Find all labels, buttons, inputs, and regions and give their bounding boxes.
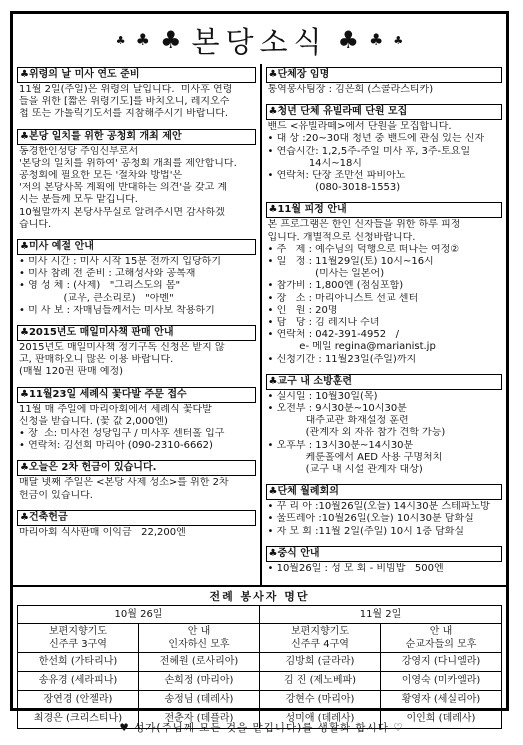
section-body: 11월 매 주일에 마리아회에서 세례식 꽃다발신청을 받습니다. (꽃 값 2… (17, 403, 256, 453)
roster-group-row: 10월 26일 11월 2일 (18, 606, 502, 624)
text-line: • 인 원 : 20명 (268, 305, 503, 317)
text-line: • 실시일 : 10월30일(목) (268, 391, 503, 403)
text-line: • 대 상 :20~30대 청년 중 밴드에 관심 있는 신자 (268, 133, 503, 145)
text-line: • 담 당 : 김 레지나 수녀 (268, 317, 503, 329)
text-line: 10월말까지 본당사무실로 알려주시면 감사하겠 (19, 207, 256, 219)
text-line: • 참가비 : 1,800엔 (점심포함) (268, 280, 503, 292)
text-line: • 10월26일 : 성 모 회 - 비빔밥 500엔 (268, 563, 503, 575)
section-header: ♣단체 월례회의 (266, 484, 503, 500)
roster-subhead-row: 보편지향기도신주쿠 3구역안 내인자하신 모후보편지향기도신주쿠 4구역안 내순… (18, 624, 502, 653)
text-line: 시는 분들께 모두 맡깁니다. (19, 194, 256, 206)
roster-name-cell: 황영자 (세실리아) (381, 691, 502, 710)
news-section: ♣단체 월례회의• 꾸 리 아 :10월26일(오늘) 14시30분 스테파노방… (266, 484, 503, 538)
text-line: 2015년도 매일미사책 정기구독 신청은 받지 않 (19, 342, 256, 354)
text-line: (교우, 큰소리로) "아멘" (19, 293, 256, 305)
news-section: ♣중식 안내• 10월26일 : 성 모 회 - 비빔밥 500엔 (266, 546, 503, 575)
news-section: ♣청년 단체 유빌라떼 단원 모집밴드 <유빌라떼>에서 단원을 모집합니다.•… (266, 104, 503, 194)
text-line: (매월 120권 판매 예정) (19, 366, 256, 378)
roster-subheader-line: 신주쿠 4구역 (260, 638, 380, 651)
club-icon: ♣ (116, 35, 126, 46)
roster-subheader-line: 신주쿠 3구역 (18, 638, 138, 651)
roster-subheader: 보편지향기도신주쿠 3구역 (18, 624, 139, 653)
section-header: ♣11월 피정 안내 (266, 202, 503, 218)
roster-area: 전례 봉사자 명단 10월 26일 11월 2일 보편지향기도신주쿠 3구역안 … (13, 585, 506, 733)
text-line: 본 프로그램은 한인 신자들을 위한 하루 피정 (268, 219, 503, 231)
roster-subheader-line: 보편지향기도 (260, 625, 380, 638)
news-section: ♣본당 일치를 위한 공청회 개최 제안동경한인성당 주임신부로서'본당의 일치… (17, 129, 256, 231)
news-section: ♣11월 피정 안내본 프로그램은 한인 신자들을 위한 하루 피정입니다. 개… (266, 202, 503, 365)
roster-name-cell: 장연경 (안젤라) (18, 691, 139, 710)
roster-name-cell: 이영숙 (미카엘라) (381, 672, 502, 691)
text-line: 대주교관 화재설정 훈련 (268, 415, 503, 427)
roster-name-cell: 김 진 (제노베파) (260, 672, 381, 691)
text-line: 습니다. (19, 219, 256, 231)
section-body: 2015년도 매일미사책 정기구독 신청은 받지 않고, 판매하오니 많은 이용… (17, 341, 256, 379)
text-line: e- 메일 regina@marianist.jp (268, 341, 503, 353)
section-body: 11월 2일(주일)은 위령의 날입니다. 미사후 연령들을 위한 [짧은 위령… (17, 83, 256, 121)
section-body: • 10월26일 : 성 모 회 - 비빔밥 500엔 (266, 562, 503, 575)
page-title: 본당소식 (191, 20, 327, 61)
news-section: ♣11월23일 세례식 꽃다발 주문 접수11월 매 주일에 마리아회에서 세례… (17, 387, 256, 453)
text-line: 11월 2일(주일)은 위령의 날입니다. 미사후 연령 (19, 84, 256, 96)
text-line: 공청회에 필요한 모든 '절차와 방법'은 (19, 170, 256, 182)
club-icon: ♣ (393, 35, 403, 46)
section-body: 동경한인성당 주임신부로서'본당의 일치를 위하여' 공청회 개최를 제안합니다… (17, 145, 256, 231)
text-line: 통역봉사팀장 : 김은희 (스콜라스티카) (268, 84, 503, 96)
section-body: 밴드 <유빌라떼>에서 단원을 모집합니다.• 대 상 :20~30대 청년 중… (266, 120, 503, 194)
text-line: • 연락처: 김선희 마리아 (090-2310-6662) (19, 440, 256, 452)
text-line: • 울뜨레아 :10월26일(오늘) 10시30분 담화실 (268, 513, 503, 525)
left-column: ♣위령의 날 미사 연도 준비11월 2일(주일)은 위령의 날입니다. 미사후… (13, 64, 260, 585)
club-icon: ♣ (369, 32, 383, 48)
text-line: 11월 매 주일에 마리아회에서 세례식 꽃다발 (19, 404, 256, 416)
text-line: 들을 위한 [짧은 위령기도]를 바치오니, 레지오수 (19, 96, 256, 108)
roster-name-cell: 손희정 (마리아) (139, 672, 260, 691)
text-line: 신청을 받습니다. (꽃 값 2,000엔) (19, 416, 256, 428)
section-header: ♣위령의 날 미사 연도 준비 (17, 67, 256, 83)
text-line: • 연락처: 단장 조만선 파비아노 (268, 170, 503, 182)
table-row: 한선희 (가타리나)전혜원 (로사리아)김방희 (글라라)강영지 (다니엘라) (18, 653, 502, 672)
roster-subheader-line: 인자하신 모후 (139, 638, 259, 651)
text-line: • 연습시간: 1,2,5주-주일 미사 후, 3주-토요일 (268, 146, 503, 158)
text-line: 헌금이 있습니다. (19, 490, 256, 502)
news-section: ♣2015년도 매일미사책 판매 안내2015년도 매일미사책 정기구독 신청은… (17, 325, 256, 379)
section-header: ♣오늘은 2차 헌금이 있습니다. (17, 460, 256, 476)
news-section: ♣위령의 날 미사 연도 준비11월 2일(주일)은 위령의 날입니다. 미사후… (17, 67, 256, 121)
news-section: ♣건축헌금마리아회 식사판매 이익금 22,200엔 (17, 510, 256, 539)
club-icon: ♣ (160, 28, 182, 52)
text-line: (교구 내 시설 관계자 대상) (268, 464, 503, 476)
section-header: ♣미사 예절 안내 (17, 239, 256, 255)
section-header: ♣2015년도 매일미사책 판매 안내 (17, 325, 256, 341)
roster-group-date: 11월 2일 (260, 606, 502, 624)
text-line: 첩 또는 가톨릭기도서를 지참해주시기 바랍니다. (19, 108, 256, 120)
news-section: ♣미사 예절 안내• 미사 시간 : 미사 시작 15분 전까지 입당하기• 미… (17, 239, 256, 317)
roster-name-cell: 전혜원 (로사리아) (139, 653, 260, 672)
section-body: • 꾸 리 아 :10월26일(오늘) 14시30분 스테파노방• 울뜨레아 :… (266, 500, 503, 538)
text-line: • 영 성 체 : (사제) "그리스도의 몸" (19, 280, 256, 292)
roster-title: 전례 봉사자 명단 (17, 589, 502, 605)
text-line: • 주 제 : 예수님의 덕행으로 떠나는 여정② (268, 244, 503, 256)
roster-subheader: 안 내순교자들의 모후 (381, 624, 502, 653)
section-body: 통역봉사팀장 : 김은희 (스콜라스티카) (266, 83, 503, 96)
news-columns: ♣위령의 날 미사 연도 준비11월 2일(주일)은 위령의 날입니다. 미사후… (13, 64, 506, 585)
text-line: 매달 넷째 주일은 <본당 사제 성소>를 위한 2차 (19, 477, 256, 489)
section-header: ♣11월23일 세례식 꽃다발 주문 접수 (17, 387, 256, 403)
roster-subheader: 보편지향기도신주쿠 4구역 (260, 624, 381, 653)
section-body: 마리아회 식사판매 이익금 22,200엔 (17, 526, 256, 539)
roster-group-date: 10월 26일 (18, 606, 260, 624)
roster-table: 10월 26일 11월 2일 보편지향기도신주쿠 3구역안 내인자하신 모후보편… (17, 605, 502, 729)
text-line: • 꾸 리 아 :10월26일(오늘) 14시30분 스테파노방 (268, 501, 503, 513)
section-body: • 실시일 : 10월30일(목)• 오전부 : 9시30분~10시30분 대주… (266, 390, 503, 476)
text-line: • 미사 참례 전 준비 : 고해성사와 공복재 (19, 268, 256, 280)
page-title-row: ♣ ♣ ♣ 본당소식 ♣ ♣ ♣ (13, 16, 506, 64)
roster-subheader-line: 안 내 (381, 625, 501, 638)
text-line: 밴드 <유빌라떼>에서 단원을 모집합니다. (268, 121, 503, 133)
table-row: 장연경 (안젤라)송정님 (데레사)강현수 (마리아)황영자 (세실리아) (18, 691, 502, 710)
roster-name-cell: 김방희 (글라라) (260, 653, 381, 672)
text-line: (080-3018-1553) (268, 182, 503, 194)
page-border: ♣ ♣ ♣ 본당소식 ♣ ♣ ♣ ♣위령의 날 미사 연도 준비11월 2일(주… (10, 11, 509, 711)
section-body: 본 프로그램은 한인 신자들을 위한 하루 피정입니다. 개별적으로 신청바랍니… (266, 218, 503, 365)
text-line: '저의 본당사목 계획에 반대하는 의견'을 갖고 계 (19, 182, 256, 194)
text-line: 동경한인성당 주임신부로서 (19, 146, 256, 158)
text-line: • 연락처 : 042-391-4952 / (268, 329, 503, 341)
text-line: 마리아회 식사판매 이익금 22,200엔 (19, 527, 256, 539)
text-line: 입니다. 개별적으로 신청바랍니다. (268, 232, 503, 244)
section-body: 매달 넷째 주일은 <본당 사제 성소>를 위한 2차헌금이 있습니다. (17, 476, 256, 501)
section-header: ♣교구 내 소방훈련 (266, 374, 503, 390)
text-line: (관계자 외 자유 참가 견학 가능) (268, 427, 503, 439)
text-line: • 오후부 : 13시30분~14시30분 (268, 440, 503, 452)
roster-name-cell: 송정님 (데레사) (139, 691, 260, 710)
section-header: ♣청년 단체 유빌라떼 단원 모집 (266, 104, 503, 120)
text-line: • 장 소 : 마리아니스트 선교 센터 (268, 293, 503, 305)
text-line: • 오전부 : 9시30분~10시30분 (268, 403, 503, 415)
text-line: • 미사 시간 : 미사 시작 15분 전까지 입당하기 (19, 256, 256, 268)
footer-motto: ♥ 성가(주님께 모든 것을 맡깁니다)를 생활화 합시다 ♡ (0, 720, 523, 735)
text-line: • 장 소: 미사전 성당입구 / 미사후 센터홀 입구 (19, 428, 256, 440)
right-column: ♣단체장 임명통역봉사팀장 : 김은희 (스콜라스티카)♣청년 단체 유빌라떼 … (260, 64, 507, 585)
roster-name-cell: 한선희 (가타리나) (18, 653, 139, 672)
text-line: • 신청기간 : 11월23일(주일)까지 (268, 354, 503, 366)
roster-name-cell: 송유경 (세라피나) (18, 672, 139, 691)
news-section: ♣단체장 임명통역봉사팀장 : 김은희 (스콜라스티카) (266, 67, 503, 96)
roster-name-cell: 강영지 (다니엘라) (381, 653, 502, 672)
section-body: • 미사 시간 : 미사 시작 15분 전까지 입당하기• 미사 참례 전 준비… (17, 255, 256, 317)
section-header: ♣단체장 임명 (266, 67, 503, 83)
text-line: 고, 판매하오니 많은 이용 바랍니다. (19, 354, 256, 366)
newsletter-page: ♣ ♣ ♣ 본당소식 ♣ ♣ ♣ ♣위령의 날 미사 연도 준비11월 2일(주… (0, 0, 523, 745)
club-icon: ♣ (338, 28, 360, 52)
news-section: ♣교구 내 소방훈련• 실시일 : 10월30일(목)• 오전부 : 9시30분… (266, 374, 503, 476)
section-header: ♣건축헌금 (17, 510, 256, 526)
text-line: 14시~18시 (268, 158, 503, 170)
text-line: • 자 모 회 :11월 2일(주일) 10시 1층 담화실 (268, 526, 503, 538)
roster-name-cell: 강현수 (마리아) (260, 691, 381, 710)
table-row: 송유경 (세라피나)손희정 (마리아)김 진 (제노베파)이영숙 (미카엘라) (18, 672, 502, 691)
section-header: ♣중식 안내 (266, 546, 503, 562)
roster-subheader-line: 보편지향기도 (18, 625, 138, 638)
text-line: '본당의 일치를 위하여' 공청회 개최를 제안합니다. (19, 158, 256, 170)
news-section: ♣오늘은 2차 헌금이 있습니다.매달 넷째 주일은 <본당 사제 성소>를 위… (17, 460, 256, 501)
text-line: (미사는 일본어) (268, 268, 503, 280)
club-icon: ♣ (136, 32, 150, 48)
text-line: • 미 사 보 : 자매님들께서는 미사보 착용하기 (19, 305, 256, 317)
roster-subheader: 안 내인자하신 모후 (139, 624, 260, 653)
roster-subheader-line: 순교자들의 모후 (381, 638, 501, 651)
roster-subheader-line: 안 내 (139, 625, 259, 638)
text-line: • 일 정 : 11월29일(토) 10시~16시 (268, 256, 503, 268)
section-header: ♣본당 일치를 위한 공청회 개최 제안 (17, 129, 256, 145)
text-line: 케룬홀에서 AED 사용 구명처치 (268, 452, 503, 464)
